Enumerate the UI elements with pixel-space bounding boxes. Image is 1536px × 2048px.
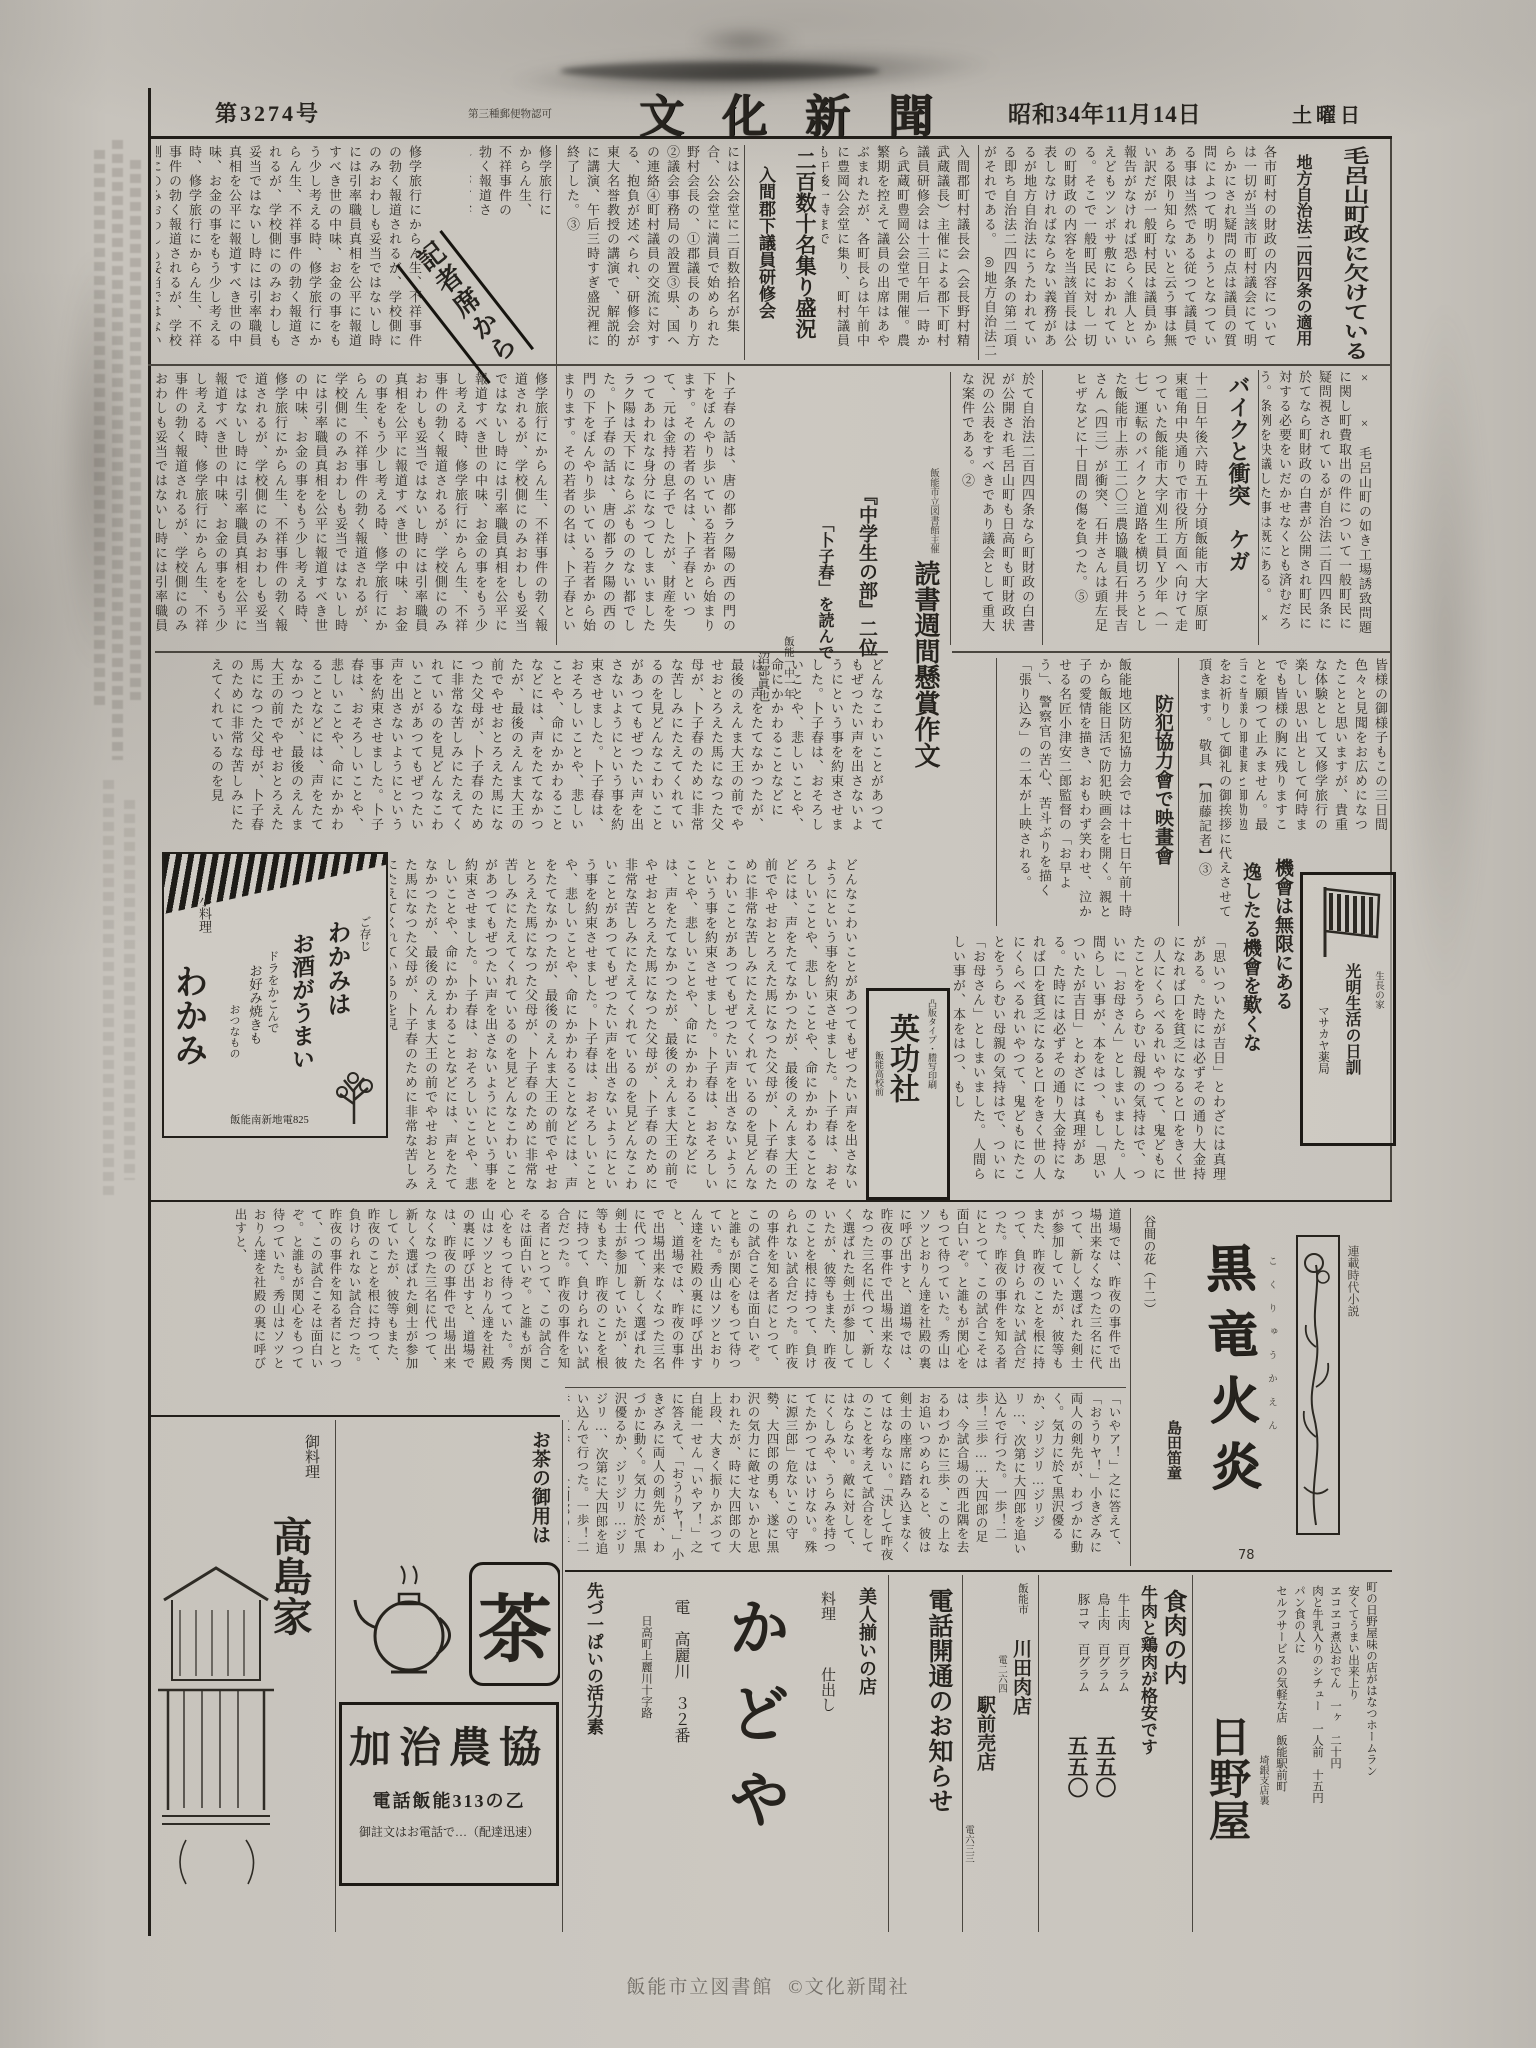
meat-item-3: 豚コマ 百グラム [1074, 1593, 1092, 1723]
kawada-tel2: 電六三三 [964, 1825, 975, 1905]
kawada-name2: 駅前売店 [972, 1695, 998, 1865]
tea-mark-box: 茶 [469, 1562, 560, 1686]
adjacent-page-text [112, 140, 123, 760]
lead-body-end: 於て自治法二百四四条なら町財政の白書が公開され毛呂山町も日高町も町財政状況の公表… [955, 372, 1037, 644]
footer-credit: 飯能市立図書館 ©文化新聞社 [0, 1972, 1536, 2002]
tea-phone: 電話飯能313の乙 [342, 1787, 556, 1813]
permit-note: 第三種郵便物認可 [468, 106, 588, 122]
komyo-title: 光明生活の日訓 [1337, 963, 1363, 1113]
slogan-line1: 機會は無限にある [1266, 858, 1296, 1120]
tea-name: 加治農協 [342, 1715, 556, 1775]
wakami-sub2: お好み焼きも [244, 963, 264, 1095]
kenshukai-body-end: には公会堂に二百数拾名が集合、公会堂に満員で始められた野村会長の、①郡議長のあり… [562, 145, 742, 359]
ad-kawada: 飯能市 川田肉店 電二六四 駅前売店 電六三三 [964, 1575, 1036, 1933]
ad-wakami: ご存じ わかみは お酒がうまい ドラをかこんで お好み焼きも おつなもの 小料理… [162, 852, 388, 1138]
weekday: 土曜日 [1292, 99, 1376, 127]
bike-body: 十二日午後六時五十分頃飯能市大字原町東電角中央通りで市役所方面へ向けて走つていた… [1048, 372, 1210, 644]
novel-mid-rule [565, 1387, 1126, 1388]
col-rule [1038, 1575, 1039, 1932]
wakami-type: 小料理 [194, 894, 214, 964]
tea-mark: 茶 [478, 1571, 552, 1677]
col-rule [562, 1420, 563, 1932]
ad-komyo: 光明生活の日訓 生長の家 マサカヤ薬局 [1300, 872, 1396, 1146]
slogan-line2: 逸したる機會を歎くな [1234, 862, 1264, 1124]
ad-takashimaya: 御料理 高島家 [152, 1420, 333, 1932]
wakami-catch1: わかみは [322, 918, 354, 1051]
pine-icon [330, 1070, 378, 1126]
kenshukai-subhead: 入間郡下議員研修会 [748, 166, 778, 356]
kenshukai-headline: 二百数十名集り盛況 [778, 150, 820, 358]
eikosha-top: 凸版タイプ・謄写印刷 [925, 999, 939, 1189]
hinoya-line-5: パン食の人に [1290, 1585, 1307, 1745]
ads-left-rule [148, 1415, 560, 1417]
col-rule [950, 372, 951, 645]
takashimaya-name: 高島家 [270, 1516, 318, 1676]
ad-kadoya: 美人揃いの店 料理 仕出し かどや 電 高麗川 ３２番 日高町上麗川十字路 [612, 1575, 886, 1933]
flag-icon [1311, 881, 1385, 959]
col-rule [888, 1575, 889, 1932]
hinoya-line-1: 町の日野屋味の店がはなつホームラン [1362, 1581, 1379, 1927]
novel-body-row2: 「いやア！」之に答えて、「おうりヤ！」小きざみに両人の剣先が、わづかに動く。気力… [568, 1392, 1123, 1564]
ad-kaji-nokyo: お茶の御用は 茶 加治農協 電話飯能313の乙 御註文はお電話で…（配達迅速） [337, 1420, 560, 1932]
kadoya-address: 日高町上麗川十字路 [634, 1615, 654, 1895]
essay-headline: 読書週間懸賞作文 [894, 560, 944, 806]
wakami-catch-small: ご存じ [356, 915, 374, 977]
komyo-left: マサカヤ薬局 [1313, 1005, 1331, 1113]
kishaseki-body: 修学旅行にからん生、不祥事件の勃く報道されるが、学校側にのみおわしも妥当ではない… [156, 145, 424, 359]
col-rule [1042, 370, 1043, 645]
komyo-right: 生長の家 [1369, 971, 1385, 1041]
wakami-name: わかみ [172, 964, 212, 1124]
letter-body: 皆様の御様子もこの三日間色々と見聞をお広めになつたことと思いますが、貴重な体験と… [1240, 658, 1390, 845]
novel-author: 島田笛童 [1156, 1420, 1184, 1548]
wakami-catch2: お酒がうまい [286, 930, 318, 1103]
masthead-title: 文化新聞 [600, 80, 1010, 138]
adjacent-page-text [103, 780, 114, 1200]
bouhan-body: 飯能地区防犯協力会では十七日午前十時から飯能日活で防犯映画会を開く。親と子の愛情… [1000, 658, 1134, 926]
col-rule [335, 1420, 336, 1932]
wakami-sub3: おつなもの [226, 1003, 242, 1115]
lead-subhead: 地方自治法二四四条の適用 [1284, 154, 1314, 360]
novel-illustration [1296, 1235, 1340, 1535]
kawada-name: 川田肉店 [1008, 1639, 1034, 1809]
bouhan-headline: 防犯協力會で映畫會 [1138, 694, 1176, 894]
footer-publisher: ©文化新聞社 [788, 1977, 909, 1998]
teapot-icon [347, 1560, 465, 1684]
essay-body-1: 卜子春の話は、唐の都ラク陽の西の門の下をぼんやり歩いている若者から始まります。そ… [562, 372, 738, 644]
hinoya-line-2: 安くてうまい出来上り [1344, 1585, 1361, 1825]
eikosha-name: 英功社 [887, 1013, 923, 1179]
novel-top-rule [148, 1200, 1392, 1202]
kishaseki-body-cont: 修学旅行にからん生、不祥事件の勃く報道されるが、学校側にのみおわしも妥当ではない… [156, 372, 550, 644]
col-rule [556, 145, 557, 645]
scan-smudge-top-core [560, 62, 880, 80]
eikosha-bottom: 飯能高校前 [873, 1051, 886, 1191]
col-rule [1192, 1575, 1193, 1932]
col-rule [962, 1575, 963, 1932]
kadoya-service-2: 仕出し [812, 1667, 838, 1733]
tea-note: 御註文はお電話で…（配達迅速） [342, 1823, 556, 1840]
kenshukai-body-start: 入間郡町村議長会（会長野村精武蔵議長）主催による郡下町村議員研修会は十三日午后一… [822, 145, 972, 359]
meat-price-1: 五五〇 [1092, 1735, 1120, 1825]
band1-rule [148, 364, 1392, 366]
essay-organizer: 飯能市立図書館主催 [916, 468, 940, 560]
meat-headline-2: 牛肉と鶏肉が格安です [1134, 1585, 1160, 1765]
novel-title-ruby: こくりゅうかえん [1264, 1256, 1278, 1528]
meat-item-2: 鳥上肉 百グラム [1094, 1593, 1112, 1723]
novel-series-label: 連載時代小説 [1342, 1245, 1362, 1395]
col-rule [1258, 370, 1259, 645]
hinoya-name: 日野屋 [1204, 1715, 1256, 1915]
hinoya-note: 埼銀支店裏 [1256, 1755, 1270, 1875]
takashimaya-type: 御料理 [300, 1434, 322, 1514]
issue-date: 昭和34年11月14日 [1008, 96, 1268, 128]
tea-catch: お茶の御用は [523, 1430, 553, 1570]
novel-body-row1: 道場では、昨夜の事件で出場出来なくなつた三名に代つて、新しく選ばれた剣士が参加し… [165, 1208, 1123, 1382]
essay-body-2: どんなこわいことがあつてもぜつたい声を出さないようにという事を約束させました。卜… [160, 658, 886, 846]
ad-katsuryoku: 先づ一ぱいの活力素 [572, 1582, 606, 1862]
essay-body-4: 「思いついたが吉日」とわざには真理がある。た時には必ずその通り大金持になれば口を… [952, 935, 1228, 1195]
kadoya-service-1: 料理 [812, 1591, 838, 1657]
newspaper-page: 第3274号 第三種郵便物認可 文化新聞 昭和34年11月14日 土曜日 毛呂山… [0, 0, 1536, 2048]
meat-headline-1: 食肉の内 [1162, 1589, 1190, 1719]
ad-meat: 食肉の内 牛肉と鶏肉が格安です 牛上肉 百グラム 鳥上肉 百グラム 豚コマ 百グ… [1040, 1575, 1190, 1933]
col-rule [1178, 658, 1179, 926]
scan-smudge-corner [690, 28, 800, 54]
scan-smudge-right [1400, 300, 1490, 1000]
ads-right-rule [565, 1570, 1392, 1572]
col-rule [744, 145, 745, 360]
kadoya-name: かどや [706, 1595, 798, 1905]
lead-body: 各市町村の財政の内容については一切が当該市町村議会にて明らかにされ疑問の点は議員… [985, 145, 1279, 359]
col-rule [996, 658, 997, 926]
issue-number: 第3274号 [215, 97, 375, 129]
ad-hinoya: 町の日野屋味の店がはなつホームラン 安くてうまい出来上り ヱコヱコ煮込おでん 一… [1194, 1575, 1382, 1933]
meat-item-1: 牛上肉 百グラム [1114, 1593, 1132, 1723]
meat-price-2: 五五〇 [1064, 1735, 1092, 1825]
kadoya-catch: 美人揃いの店 [848, 1587, 880, 1747]
lead-body-cont: × × 毛呂山町の如き工場誘致問題に関し町費取出の件について一般町民に疑問視され… [1262, 370, 1374, 644]
ad-denwa-notice: 電話開通のお知らせ [898, 1588, 956, 1920]
copyright-icon [780, 1977, 788, 1998]
band2-rule-b [952, 651, 1392, 653]
flower-illustration-icon [1298, 1237, 1338, 1529]
ad-eikosha: 凸版タイプ・謄写印刷 英功社 飯能高校前 [866, 988, 950, 1200]
essay-body-3: どんなこわいことがあつてもぜつたい声を出さないようにという事を約束させました。卜… [390, 858, 860, 1194]
adjacent-page-text [130, 160, 141, 700]
col-rule [978, 145, 979, 360]
wakami-sub1: ドラをかこんで [264, 949, 282, 1071]
footer-library: 飯能市立図書館 [626, 1977, 773, 1998]
hinoya-line-6: セルフサービスの気軽な店 飯能駅前町 [1272, 1585, 1289, 1915]
adjacent-page-text [94, 150, 105, 710]
bike-headline: バイクと衝突 ケガ [1214, 374, 1254, 642]
adjacent-page-text [124, 800, 135, 1180]
house-illustration-icon [156, 1480, 276, 1910]
novel-installment: 78 [1238, 1548, 1274, 1568]
tea-lower-box: 加治農協 電話飯能313の乙 御註文はお電話で…（配達迅速） [339, 1702, 559, 1886]
col-rule [1130, 1208, 1131, 1566]
kishaseki-intro: 修学旅行にからん生、不祥事件の勃く報道されるが、学校側にのみおわしも妥当ではない… [470, 145, 554, 225]
letter-closing: をお祈りして御礼の御挨拶に代えさせて頂きます。 敬具 【加藤記者】③ [1182, 658, 1234, 926]
novel-title: 黒竜火炎 [1182, 1241, 1270, 1549]
kadoya-phone: 電 高麗川 ３２番 [660, 1599, 692, 1899]
novel-chapter: 谷間の花（十二） [1134, 1215, 1158, 1391]
hinoya-line-4: 肉と牛乳入りのシチュー 一人前 十五円 [1308, 1585, 1325, 1915]
hinoya-line-3: ヱコヱコ煮込おでん 一ヶ 二十円 [1326, 1585, 1343, 1885]
kawada-city: 飯能市 [1014, 1583, 1030, 1633]
